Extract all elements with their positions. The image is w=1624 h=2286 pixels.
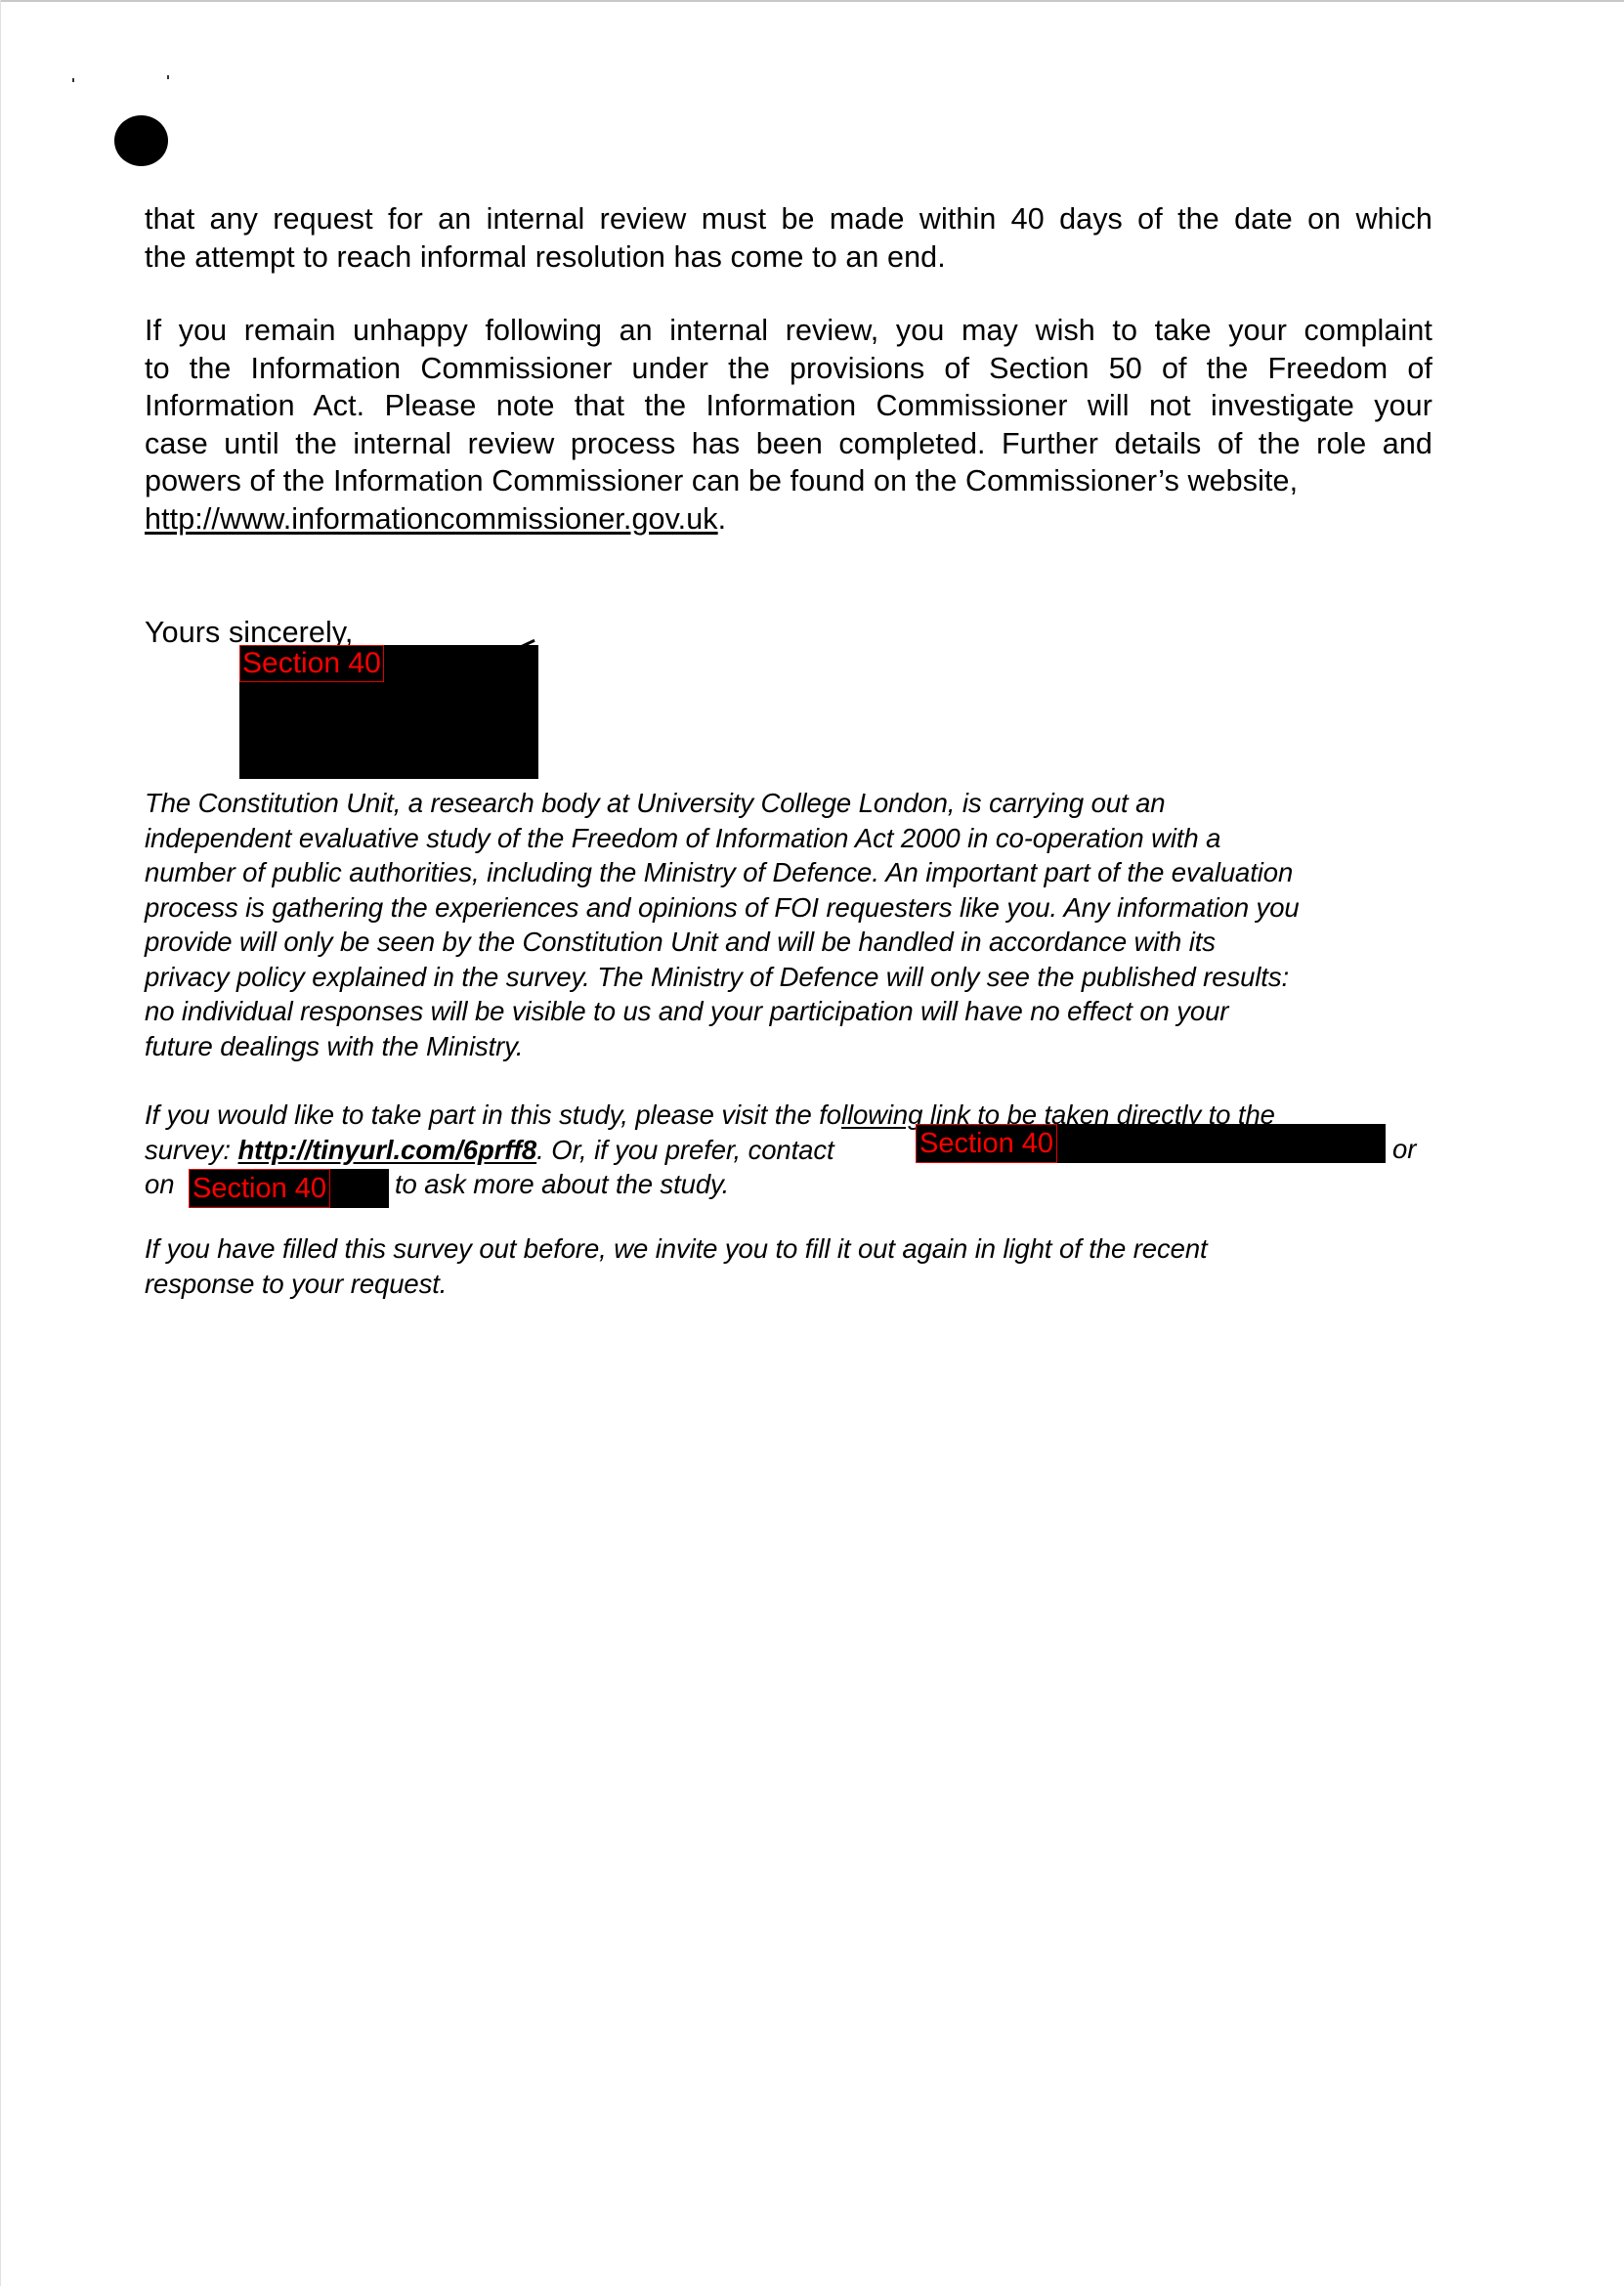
- text-line: Information Act. Please note that the In…: [145, 387, 1432, 425]
- redaction-label: Section 40: [916, 1124, 1057, 1163]
- ico-website-link[interactable]: http://www.informationcommissioner.gov.u…: [145, 502, 718, 536]
- punch-hole-mark: [114, 115, 168, 166]
- text-line: number of public authorities, including …: [145, 855, 1432, 890]
- text-fragment: on: [145, 1169, 174, 1199]
- text-line: The Constitution Unit, a research body a…: [145, 786, 1432, 821]
- text-line: powers of the Information Commissioner c…: [145, 462, 1432, 500]
- paragraph-internal-review-deadline: that any request for an internal review …: [145, 200, 1432, 276]
- text-line: If you remain unhappy following an inter…: [145, 312, 1432, 350]
- text-line: future dealings with the Ministry.: [145, 1029, 1432, 1064]
- scan-speck: [72, 78, 74, 82]
- survey-link[interactable]: http://tinyurl.com/6prff8: [237, 1135, 536, 1165]
- text-fragment: to ask more about the study.: [395, 1167, 729, 1202]
- paragraph-information-commissioner: If you remain unhappy following an inter…: [145, 312, 1432, 538]
- text-line: privacy policy explained in the survey. …: [145, 960, 1432, 995]
- survey-notice-intro: The Constitution Unit, a research body a…: [145, 786, 1432, 1063]
- link-suffix: .: [718, 502, 727, 536]
- text-line: to the Information Commissioner under th…: [145, 350, 1432, 388]
- redaction-signature: Section 40: [239, 645, 538, 779]
- text-line: provide will only be seen by the Constit…: [145, 925, 1432, 960]
- text-line: process is gathering the experiences and…: [145, 890, 1432, 926]
- page-edge: [0, 0, 1624, 2]
- text-line: independent evaluative study of the Free…: [145, 821, 1432, 856]
- redaction-label: Section 40: [189, 1169, 330, 1208]
- text-fragment-or: or: [1392, 1132, 1416, 1167]
- redaction-contact-phone: Section 40: [189, 1169, 389, 1208]
- text-fragment: . Or, if you prefer, contact: [536, 1135, 833, 1165]
- scan-speck: [167, 75, 169, 79]
- text-line: If you have filled this survey out befor…: [145, 1231, 1432, 1267]
- text-line: no individual responses will be visible …: [145, 994, 1432, 1029]
- text-fragment: If you would like to take part in this s…: [145, 1100, 841, 1130]
- redaction-contact-name: Section 40: [916, 1124, 1386, 1163]
- text-fragment: survey:: [145, 1135, 237, 1165]
- text-line: case until the internal review process h…: [145, 425, 1432, 463]
- page-edge: [0, 0, 1, 2286]
- survey-notice-repeat: If you have filled this survey out befor…: [145, 1231, 1432, 1301]
- text-line: response to your request.: [145, 1267, 1432, 1302]
- text-line: the attempt to reach informal resolution…: [145, 238, 1432, 277]
- redaction-label: Section 40: [239, 645, 384, 682]
- text-line: that any request for an internal review …: [145, 200, 1432, 238]
